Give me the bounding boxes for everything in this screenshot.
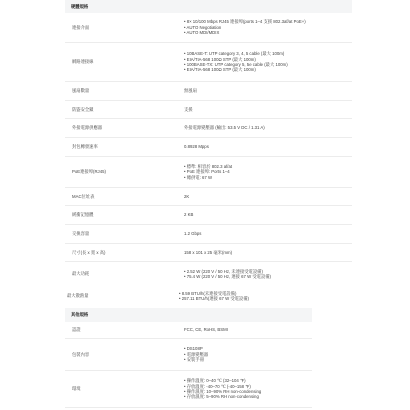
spec-value: 2K [184, 194, 352, 199]
spec-value: 0.8928 Mpps [184, 144, 352, 149]
spec-row-mac-table: MAC位址表 2K [65, 188, 352, 206]
spec-row-buffer: 緩衝記憶體 2 KB [65, 206, 352, 225]
spec-label: 環境 [65, 386, 184, 391]
spec-item: 257.11 BTU/h(連接 67 W 受電設備) [179, 296, 352, 301]
spec-value: 158 x 101 x 25 毫米(mm) [184, 250, 352, 255]
spec-item: 安裝手冊 [184, 357, 312, 362]
section-title-hardware: 硬體規格 [65, 0, 352, 13]
spec-row-lock: 防盜安全鎖 支援 [65, 101, 352, 119]
spec-value: 8× 10/100 Mbps RJ45 連接埠(ports 1–4 支援 802… [184, 19, 352, 35]
spec-value: 外接電源變壓器 (輸出: 53.5 V DC / 1.31 A) [184, 125, 352, 130]
spec-value: 支援 [184, 107, 352, 112]
spec-row-forwarding-rate: 封包轉發速率 0.8928 Mpps [65, 138, 352, 157]
spec-item: AUTO MDI/MDIX [184, 30, 352, 35]
spec-value: 操作溫度: 0–40 ℃ (32–104 ℉) 存放溫度: -40–70 ℃ (… [184, 378, 312, 400]
spec-label: 連接介面 [65, 25, 184, 30]
spec-label: 認證 [65, 327, 184, 332]
spec-row-environment: 環境 操作溫度: 0–40 ℃ (32–104 ℉) 存放溫度: -40–70 … [65, 371, 312, 408]
spec-row-poe: PoE連接埠(RJ45) 標準: 相容於 802.3 af/at PoE 連接埠… [65, 157, 352, 188]
section-title-other: 其他規格 [65, 308, 312, 322]
spec-row-switching-capacity: 交換容量 1.2 Gbps [65, 225, 352, 244]
spec-label: 風扇數量 [65, 88, 184, 93]
spec-value: 2.52 W (220 V / 50 Hz, 未連接受電設備) 75.4 W (… [184, 269, 352, 280]
spec-value: FCC, CE, RoHS, BSMI [184, 327, 312, 332]
spec-value: 8.59 BTU/h(未連接受電設備) 257.11 BTU/h(連接 67 W… [179, 291, 352, 302]
spec-item: 75.4 W (220 V / 50 Hz, 連接 67 W 受電設備) [184, 274, 352, 279]
spec-row-cable: 網路連接線 10BASE-T: UTP category 3, 4, 5 cab… [65, 43, 352, 82]
spec-row-fan: 風扇數量 無風扇 [65, 82, 352, 101]
spec-value: 1.2 Gbps [184, 231, 352, 236]
spec-value: DS108P 電源變壓器 安裝手冊 [184, 346, 312, 362]
spec-row-package-contents: 包裝內容 DS108P 電源變壓器 安裝手冊 [65, 339, 312, 371]
spec-label: PoE連接埠(RJ45) [65, 169, 184, 174]
spec-row-max-power: 最大功耗 2.52 W (220 V / 50 Hz, 未連接受電設備) 75.… [65, 262, 352, 286]
spec-row-dimensions: 尺寸(長 x 寬 x 高) 158 x 101 x 25 毫米(mm) [65, 244, 352, 262]
spec-label: 尺寸(長 x 寬 x 高) [65, 250, 184, 255]
spec-row-interface: 連接介面 8× 10/100 Mbps RJ45 連接埠(ports 1–4 支… [65, 13, 352, 43]
spec-label: MAC位址表 [65, 194, 184, 199]
spec-value: 2 KB [184, 212, 352, 217]
other-spec-table: 其他規格 認證 FCC, CE, RoHS, BSMI 包裝內容 DS108P … [65, 308, 312, 408]
spec-value: 標準: 相容於 802.3 af/at PoE 連接埠: Ports 1–4 總… [184, 164, 352, 180]
spec-label: 包裝內容 [65, 352, 184, 357]
spec-row-certification: 認證 FCC, CE, RoHS, BSMI [65, 322, 312, 339]
spec-label: 緩衝記憶體 [65, 212, 184, 217]
spec-item: 存放濕度: 5–90% RH non-condensing [184, 394, 312, 399]
spec-label: 外接電源供應器 [65, 125, 184, 130]
spec-label: 最大散熱量 [60, 293, 179, 298]
spec-row-power-adapter: 外接電源供應器 外接電源變壓器 (輸出: 53.5 V DC / 1.31 A) [65, 119, 352, 138]
spec-value: 無風扇 [184, 88, 352, 93]
spec-label: 交換容量 [65, 231, 184, 236]
spec-label: 網路連接線 [65, 59, 184, 64]
spec-item: 總供電: 67 W [184, 175, 352, 180]
spec-value: 10BASE-T: UTP category 3, 4, 5 cable (最大… [184, 51, 352, 73]
hardware-spec-table: 硬體規格 連接介面 8× 10/100 Mbps RJ45 連接埠(ports … [65, 0, 352, 306]
spec-row-max-heat: 最大散熱量 8.59 BTU/h(未連接受電設備) 257.11 BTU/h(連… [60, 286, 352, 306]
spec-label: 防盜安全鎖 [65, 107, 184, 112]
spec-item: EIA/TIA-568 100Ω STP (最大 100m) [184, 67, 352, 72]
spec-label: 封包轉發速率 [65, 144, 184, 149]
spec-label: 最大功耗 [65, 271, 184, 276]
